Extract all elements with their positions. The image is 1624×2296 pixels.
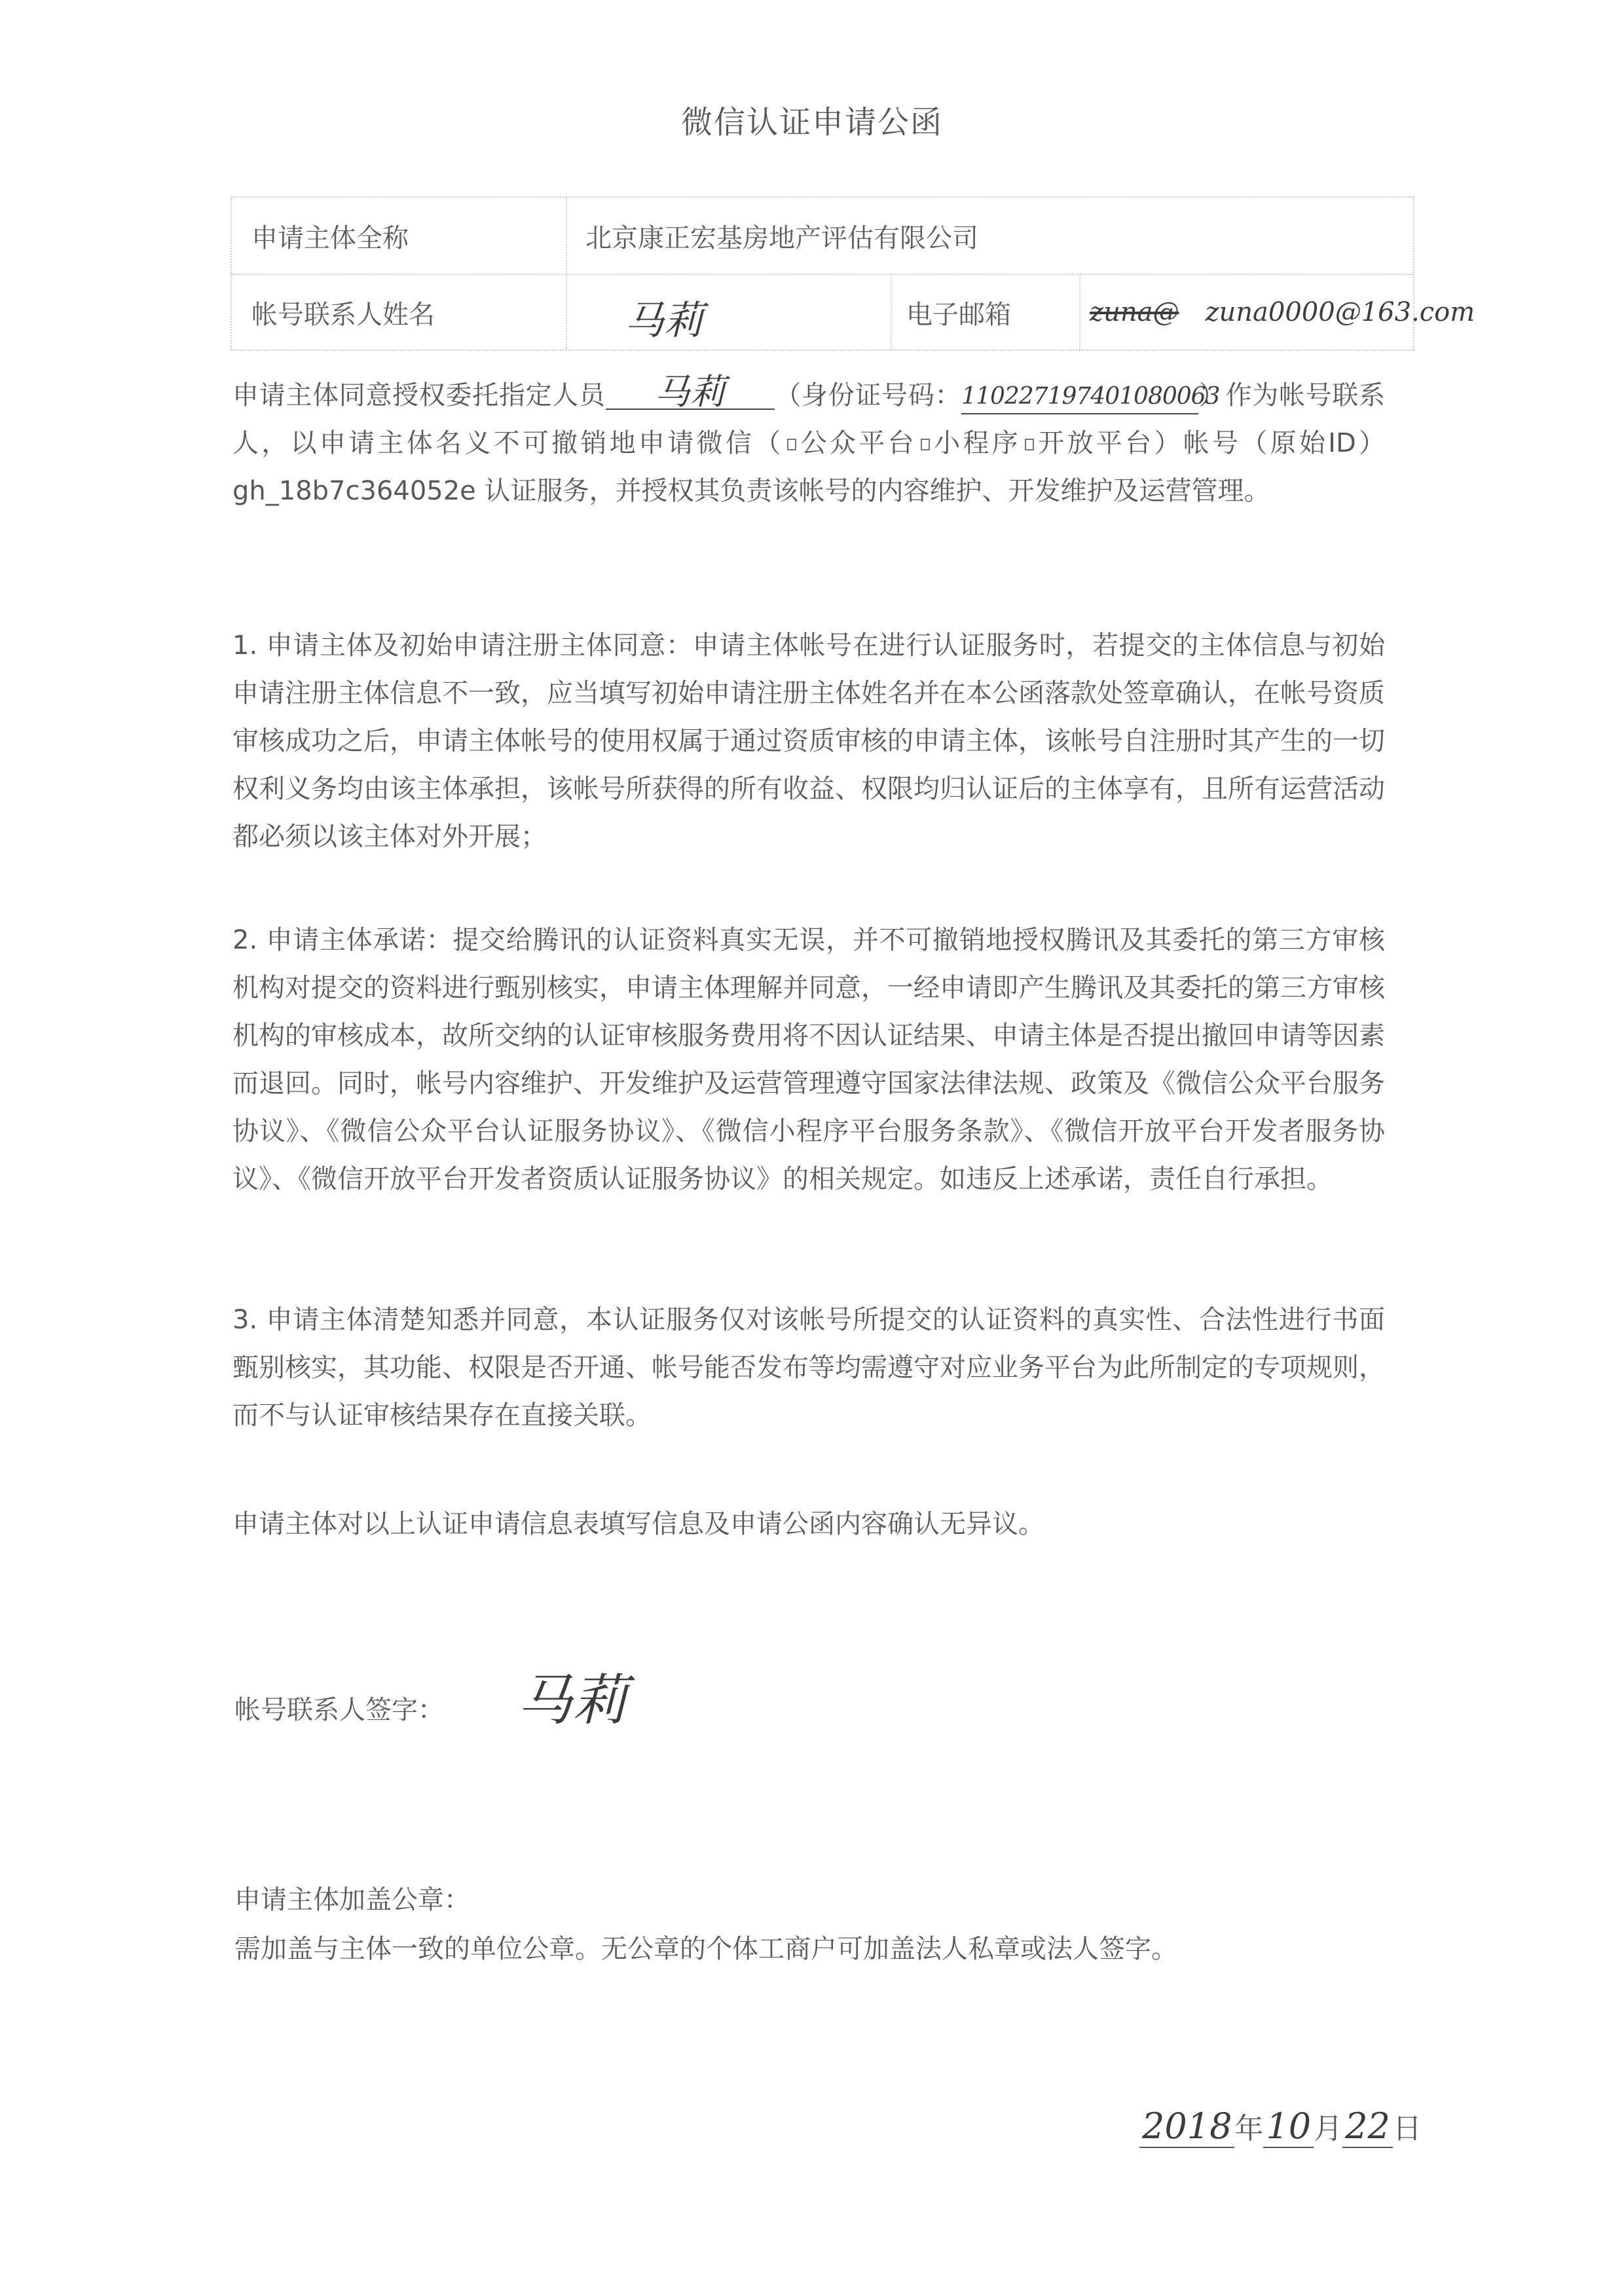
seal-label: 申请主体加盖公章： xyxy=(234,1879,470,1916)
authorization-tail: 认证服务，并授权其负责该帐号的内容维护、开发维护及运营管理。 xyxy=(476,476,1270,506)
clause-2: 2. 申请主体承诺：提交给腾讯的认证资料真实无误，并不可撤销地授权腾讯及其委托的… xyxy=(232,917,1385,1203)
checkbox-mini-program[interactable] xyxy=(921,439,930,450)
date-month: 10 xyxy=(1263,2105,1314,2148)
day-unit: 日 xyxy=(1393,2112,1422,2145)
applicant-name-label: 申请主体全称 xyxy=(251,198,559,274)
date-line: 2018年10月22日 xyxy=(1139,2105,1422,2148)
id-label: （身份证号码： xyxy=(775,380,962,410)
applicant-info-table: 申请主体全称 北京康正宏基房地产评估有限公司 帐号联系人姓名 马莉 电子邮箱 z… xyxy=(231,196,1414,351)
email-struck-out: zuna@ xyxy=(1090,297,1179,327)
option-open-platform-label: 开放平台 xyxy=(1035,428,1154,458)
month-unit: 月 xyxy=(1314,2112,1342,2145)
clause-1-text: 1. 申请主体及初始申请注册主体同意：申请主体帐号在进行认证服务时，若提交的主体… xyxy=(232,622,1385,861)
email-value: zuna0000@163.com xyxy=(1205,297,1475,327)
confirmation-statement: 申请主体对以上认证申请信息表填写信息及申请公函内容确认无异议。 xyxy=(232,1501,1385,1548)
confirmation-text: 申请主体对以上认证申请信息表填写信息及申请公函内容确认无异议。 xyxy=(232,1501,1385,1548)
applicant-name-value: 北京康正宏基房地产评估有限公司 xyxy=(585,198,1371,274)
contact-signature-handwritten: 马莉 xyxy=(517,1656,627,1736)
table-divider xyxy=(566,198,567,350)
designee-handwritten: 马莉 xyxy=(606,376,775,410)
option-official-account-label: 公众平台 xyxy=(798,428,916,458)
clause-2-text: 2. 申请主体承诺：提交给腾讯的认证资料真实无误，并不可撤销地授权腾讯及其委托的… xyxy=(232,917,1385,1203)
contact-name-label: 帐号联系人姓名 xyxy=(251,275,559,350)
clause-3: 3. 申请主体清楚知悉并同意，本认证服务仅对该帐号所提交的认证资料的真实性、合法… xyxy=(232,1296,1385,1440)
clause-3-text: 3. 申请主体清楚知悉并同意，本认证服务仅对该帐号所提交的认证资料的真实性、合法… xyxy=(232,1296,1385,1440)
email-label: 电子邮箱 xyxy=(906,275,1070,350)
contact-name-handwritten: 马莉 xyxy=(625,275,821,360)
page-title: 微信认证申请公函 xyxy=(0,97,1624,142)
option-mini-program-label: 小程序 xyxy=(931,428,1021,458)
original-id-label: ）帐号（原始ID） xyxy=(1154,428,1385,458)
table-divider xyxy=(1079,275,1080,350)
seal-note: 需加盖与主体一致的单位公章。无公章的个体工商户可加盖法人私章或法人签字。 xyxy=(234,1928,1177,1965)
authorization-prefix: 申请主体同意授权委托指定人员 xyxy=(232,380,606,410)
table-divider xyxy=(891,275,892,350)
clause-1: 1. 申请主体及初始申请注册主体同意：申请主体帐号在进行认证服务时，若提交的主体… xyxy=(232,622,1385,861)
checkbox-open-platform[interactable] xyxy=(1025,439,1034,450)
authorization-paragraph: 申请主体同意授权委托指定人员马莉（身份证号码：11022719740108006… xyxy=(232,372,1385,515)
year-unit: 年 xyxy=(1234,2112,1263,2145)
signature-label: 帐号联系人签字： xyxy=(234,1689,444,1726)
checkbox-official-account[interactable] xyxy=(787,439,796,450)
id-number-handwritten: 110227197401080063 xyxy=(961,380,1198,414)
date-year: 2018 xyxy=(1139,2105,1234,2148)
email-handwritten: zuna@ zuna0000@163.com xyxy=(1090,275,1417,350)
date-day: 22 xyxy=(1342,2105,1393,2148)
original-id-value: gh_18b7c364052e xyxy=(232,476,476,506)
